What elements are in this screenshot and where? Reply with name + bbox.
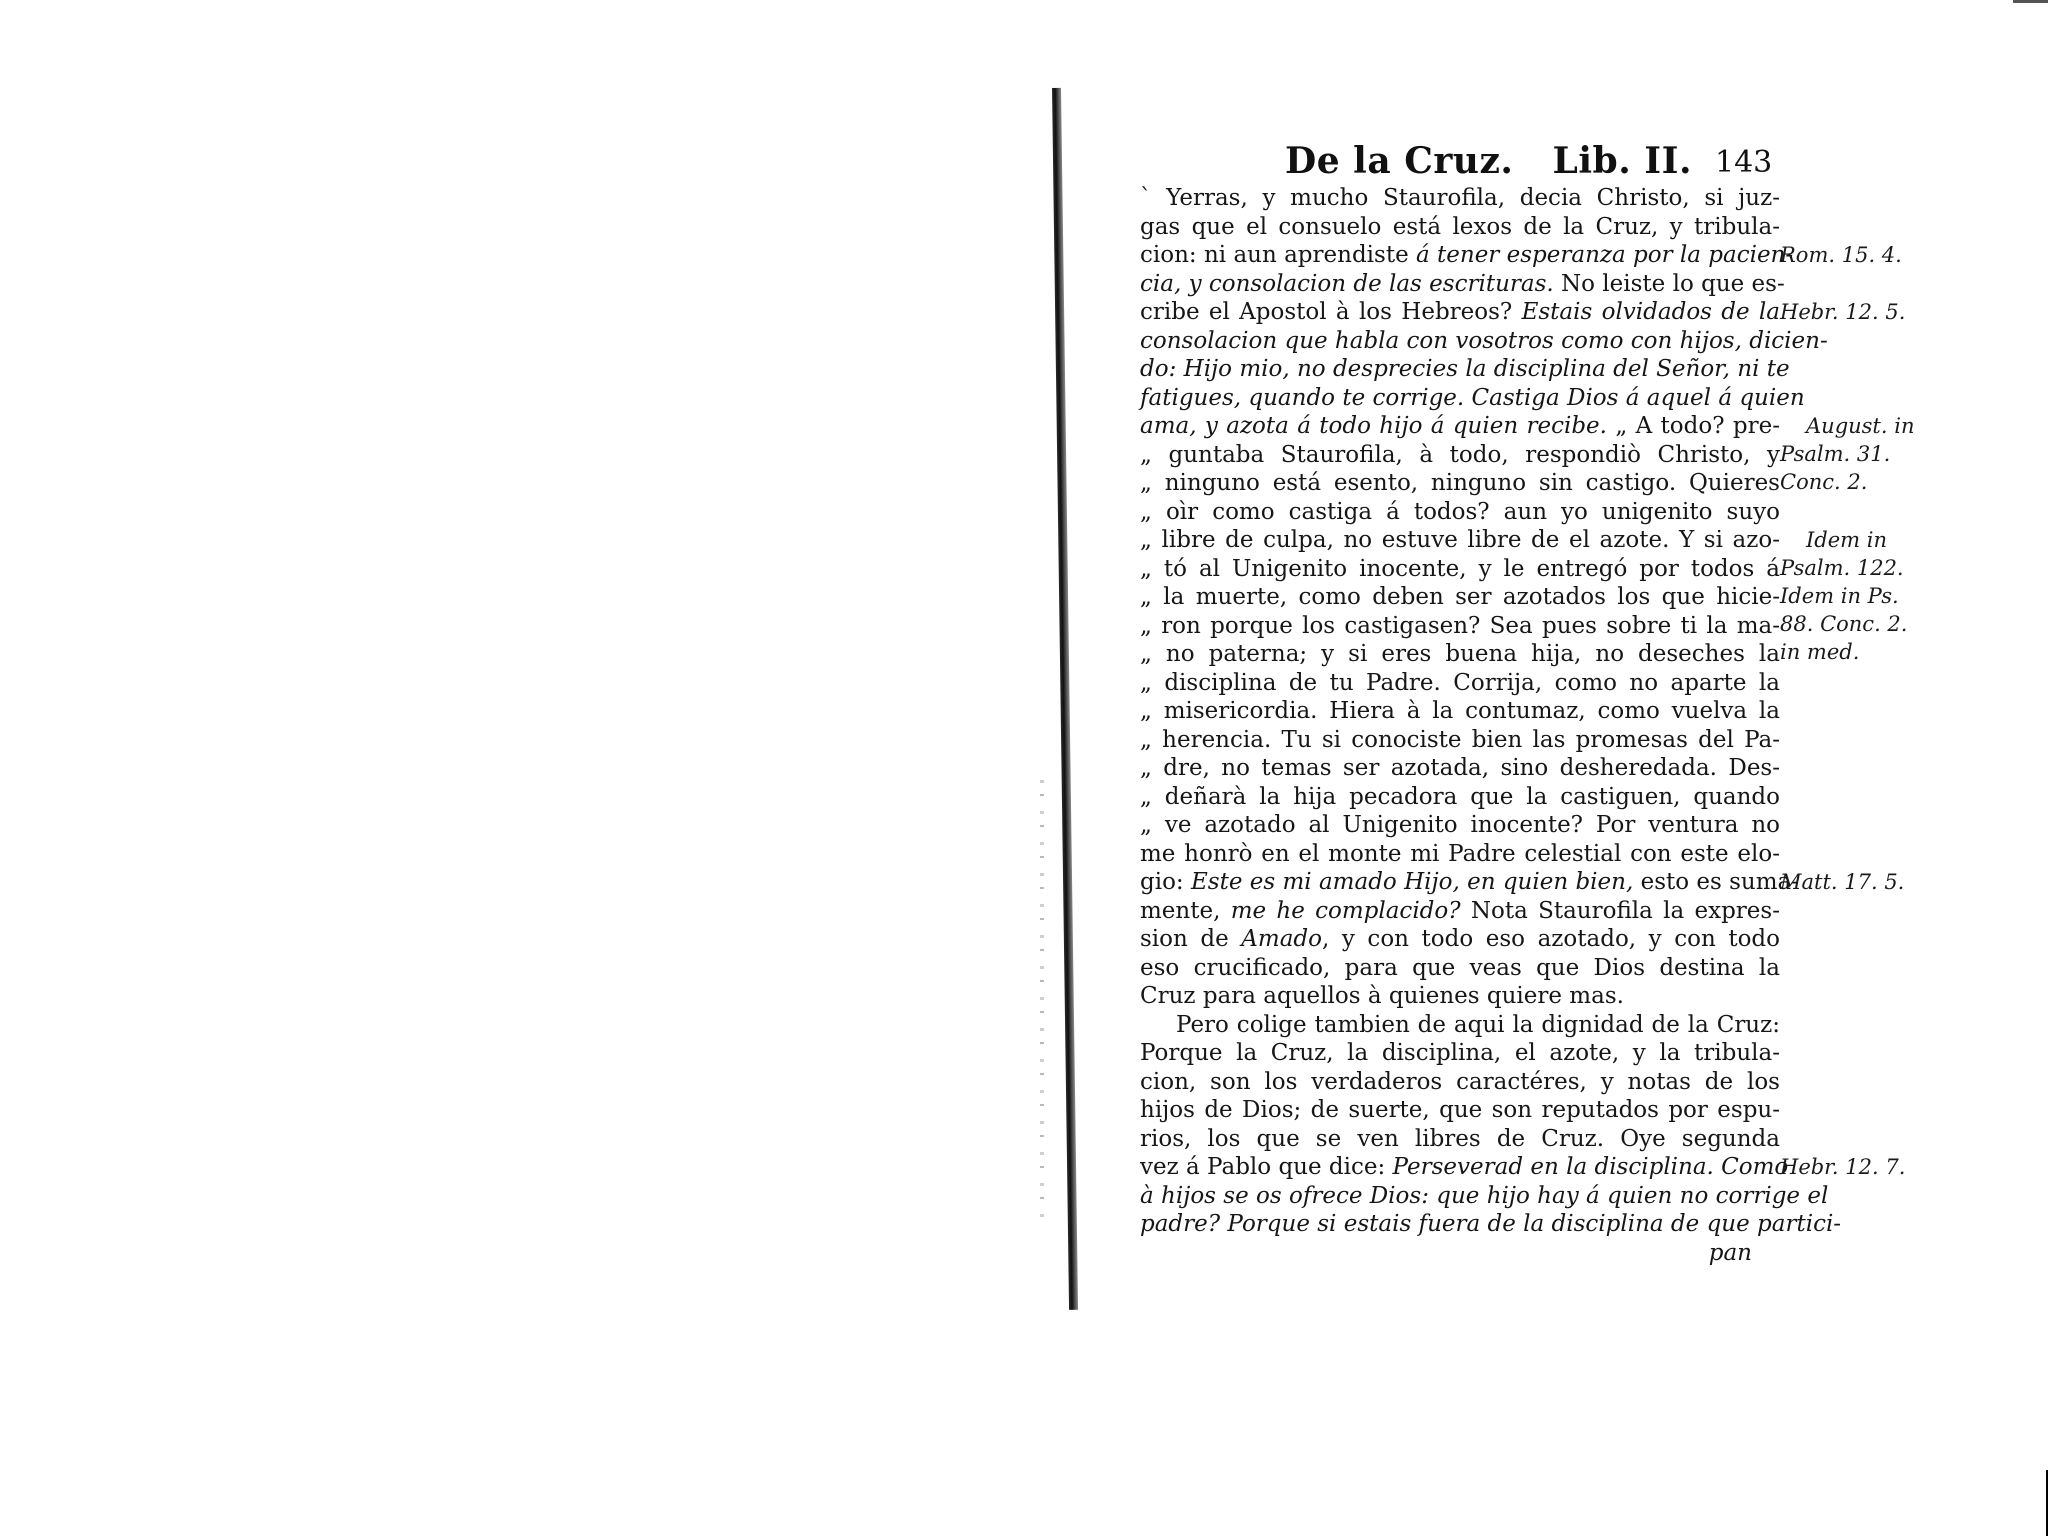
line-text: Nota Staurofila la expres- bbox=[1461, 898, 1780, 924]
margin-note-citation: August. in bbox=[1806, 412, 1914, 441]
text-line: „ deñarà la hija pecadora que la castigu… bbox=[1140, 783, 1780, 812]
line-text: rios, los que se ven libres de Cruz. Oye… bbox=[1140, 1126, 1780, 1152]
page-number: 143 bbox=[1715, 145, 1772, 180]
line-text: „ misericordia. Hiera à la contumaz, com… bbox=[1140, 698, 1780, 724]
line-text: hijos de Dios; de suerte, que son reputa… bbox=[1140, 1097, 1780, 1123]
italic-quote: me he complacido? bbox=[1231, 898, 1461, 924]
line-text: do: bbox=[1140, 356, 1184, 382]
line-text: „ disciplina de tu Padre. Corrija, como … bbox=[1140, 670, 1780, 696]
running-head: De la Cruz. Lib. II. 143 bbox=[1140, 140, 1780, 184]
text-line: sion de Amado, y con todo eso azotado, y… bbox=[1140, 925, 1780, 954]
margin-note-citation: in med. bbox=[1780, 638, 1859, 667]
line-text: „ la muerte, como deben ser azotados los… bbox=[1140, 584, 1780, 610]
italic-quote: fatigues, quando te corrige. bbox=[1140, 385, 1472, 411]
text-line: ama, y azota á todo hijo á quien recibe.… bbox=[1140, 412, 1780, 441]
line-text: „ ninguno está esento, ninguno sin casti… bbox=[1140, 470, 1780, 496]
text-line: cribe el Apostol à los Hebreos? Estais o… bbox=[1140, 298, 1780, 327]
text-line: me honrò en el monte mi Padre celestial … bbox=[1140, 840, 1780, 869]
text-line: padre? Porque si estais fuera de la disc… bbox=[1140, 1210, 1780, 1239]
text-line: „ dre, no temas ser azotada, sino desher… bbox=[1140, 754, 1780, 783]
line-text: sion de bbox=[1140, 926, 1241, 952]
text-line: consolacion que habla con vosotros como … bbox=[1140, 327, 1780, 356]
text-line: do: Hijo mio, no desprecies la disciplin… bbox=[1140, 355, 1780, 384]
text-line: gas que el consuelo está lexos de la Cru… bbox=[1140, 213, 1780, 242]
margin-note-citation: Conc. 2. bbox=[1780, 468, 1867, 497]
line-text: „ oìr como castiga á todos? aun yo unige… bbox=[1140, 499, 1780, 525]
text-line: hijos de Dios; de suerte, que son reputa… bbox=[1140, 1096, 1780, 1125]
text-line: „ la muerte, como deben ser azotados los… bbox=[1140, 583, 1780, 612]
line-text: gio: bbox=[1140, 869, 1191, 895]
italic-quote: padre? Porque si estais fuera de la disc… bbox=[1140, 1211, 1841, 1237]
margin-note-citation: Hebr. 12. 5. bbox=[1780, 298, 1905, 327]
catchword: pan bbox=[1140, 1239, 1780, 1268]
italic-quote: Hijo mio, no desprecies la disciplina de… bbox=[1184, 356, 1790, 382]
text-line: „ tó al Unigenito inocente, y le entregó… bbox=[1140, 555, 1780, 584]
italic-quote: Amado bbox=[1241, 926, 1322, 952]
text-line: ` Yerras, y mucho Staurofila, decia Chri… bbox=[1140, 184, 1780, 213]
text-line: Cruz para aquellos à quienes quiere mas. bbox=[1140, 982, 1780, 1011]
line-text: Cruz para aquellos à quienes quiere mas. bbox=[1140, 983, 1624, 1009]
line-text: „ ron porque los castigasen? Sea pues so… bbox=[1140, 613, 1780, 639]
line-text: No leiste lo que es- bbox=[1554, 271, 1785, 297]
line-text: esto es suma- bbox=[1633, 869, 1799, 895]
text-line: eso crucificado, para que veas que Dios … bbox=[1140, 954, 1780, 983]
text-line: cia, y consolacion de las escrituras. No… bbox=[1140, 270, 1780, 299]
italic-quote: Perseverad en la disciplina. Como bbox=[1393, 1154, 1789, 1180]
line-text: gas que el consuelo está lexos de la Cru… bbox=[1140, 214, 1780, 240]
margin-note-citation: Idem in Ps. bbox=[1780, 582, 1899, 611]
text-line: „ ron porque los castigasen? Sea pues so… bbox=[1140, 612, 1780, 641]
text-line: „ ninguno está esento, ninguno sin casti… bbox=[1140, 469, 1780, 498]
body-text: ` Yerras, y mucho Staurofila, decia Chri… bbox=[1140, 184, 1780, 1267]
line-text: mente, bbox=[1140, 898, 1231, 924]
line-text: „ deñarà la hija pecadora que la castigu… bbox=[1140, 784, 1780, 810]
line-text: „ dre, no temas ser azotada, sino desher… bbox=[1140, 755, 1780, 781]
line-text: , y con todo eso azotado, y con todo bbox=[1322, 926, 1780, 952]
text-line: „ herencia. Tu si conociste bien las pro… bbox=[1140, 726, 1780, 755]
line-text: Pero colige tambien de aqui la dignidad … bbox=[1176, 1012, 1780, 1038]
margin-note-citation: Psalm. 122. bbox=[1780, 554, 1904, 583]
text-line: „ guntaba Staurofila, à todo, respondiò … bbox=[1140, 441, 1780, 470]
line-text: eso crucificado, para que veas que Dios … bbox=[1140, 955, 1780, 981]
margin-note-citation: Matt. 17. 5. bbox=[1780, 868, 1904, 897]
text-line: vez á Pablo que dice: Perseverad en la d… bbox=[1140, 1153, 1780, 1182]
scanned-page: De la Cruz. Lib. II. 143 ` Yerras, y muc… bbox=[0, 0, 2048, 1536]
margin-note-citation: Rom. 15. 4. bbox=[1780, 241, 1902, 270]
text-line: à hijos se os ofrece Dios: que hijo hay … bbox=[1140, 1182, 1780, 1211]
line-text: ` Yerras, y mucho Staurofila, decia Chri… bbox=[1140, 185, 1780, 211]
line-text: vez á Pablo que dice: bbox=[1140, 1154, 1393, 1180]
text-line: mente, me he complacido? Nota Staurofila… bbox=[1140, 897, 1780, 926]
margin-note-citation: Idem in bbox=[1806, 526, 1887, 555]
text-line: cion: ni aun aprendiste á tener esperanz… bbox=[1140, 241, 1780, 270]
text-line: „ no paterna; y si eres buena hija, no d… bbox=[1140, 640, 1780, 669]
text-line: „ oìr como castiga á todos? aun yo unige… bbox=[1140, 498, 1780, 527]
scan-edge-top bbox=[2013, 0, 2048, 3]
text-line: „ ve azotado al Unigenito inocente? Por … bbox=[1140, 811, 1780, 840]
gutter-bleed-specks bbox=[1040, 780, 1044, 1220]
italic-quote: à hijos se os ofrece Dios: que hijo hay … bbox=[1140, 1183, 1828, 1209]
text-line: fatigues, quando te corrige. Castiga Dio… bbox=[1140, 384, 1780, 413]
line-text: Porque la Cruz, la disciplina, el azote,… bbox=[1140, 1040, 1780, 1066]
line-text: „ libre de culpa, no estuve libre de el … bbox=[1140, 527, 1780, 553]
italic-quote: Castiga Dios á aquel á quien bbox=[1472, 385, 1805, 411]
margin-note-citation: 88. Conc. 2. bbox=[1780, 610, 1907, 639]
text-line: cion, son los verdaderos caractéres, y n… bbox=[1140, 1068, 1780, 1097]
line-text: cion: ni aun aprendiste bbox=[1140, 242, 1416, 268]
line-text: „ tó al Unigenito inocente, y le entregó… bbox=[1140, 556, 1780, 582]
text-line: „ misericordia. Hiera à la contumaz, com… bbox=[1140, 697, 1780, 726]
book-page: De la Cruz. Lib. II. 143 ` Yerras, y muc… bbox=[1140, 140, 1920, 1267]
italic-quote: consolacion que habla con vosotros como … bbox=[1140, 328, 1828, 354]
paragraph-start-line: Pero colige tambien de aqui la dignidad … bbox=[1140, 1011, 1780, 1040]
catchword-text: pan bbox=[1709, 1240, 1752, 1266]
italic-quote: cia, y consolacion de las escrituras. bbox=[1140, 271, 1554, 297]
italic-quote: á tener esperanza por la pacien- bbox=[1416, 242, 1793, 268]
line-text: me honrò en el monte mi Padre celestial … bbox=[1140, 841, 1780, 867]
running-title: De la Cruz. Lib. II. bbox=[1285, 140, 1692, 182]
italic-quote: ama, y azota á todo hijo á quien recibe. bbox=[1140, 413, 1607, 439]
book-gutter-line bbox=[1052, 88, 1078, 1310]
italic-quote: Este es mi amado Hijo, en quien bien, bbox=[1191, 869, 1633, 895]
line-text: „ guntaba Staurofila, à todo, respondiò … bbox=[1140, 442, 1780, 468]
margin-note-citation: Psalm. 31. bbox=[1780, 440, 1890, 469]
text-line: Porque la Cruz, la disciplina, el azote,… bbox=[1140, 1039, 1780, 1068]
margin-note-citation: Hebr. 12. 7. bbox=[1780, 1153, 1905, 1182]
text-line: rios, los que se ven libres de Cruz. Oye… bbox=[1140, 1125, 1780, 1154]
line-text: „ no paterna; y si eres buena hija, no d… bbox=[1140, 641, 1780, 667]
line-text: „ A todo? pre- bbox=[1607, 413, 1780, 439]
text-line: „ disciplina de tu Padre. Corrija, como … bbox=[1140, 669, 1780, 698]
line-text: cribe el Apostol à los Hebreos? bbox=[1140, 299, 1522, 325]
italic-quote: Estais olvidados de la bbox=[1522, 299, 1780, 325]
line-text: „ herencia. Tu si conociste bien las pro… bbox=[1140, 727, 1780, 753]
text-line: „ libre de culpa, no estuve libre de el … bbox=[1140, 526, 1780, 555]
text-line: gio: Este es mi amado Hijo, en quien bie… bbox=[1140, 868, 1780, 897]
line-text: cion, son los verdaderos caractéres, y n… bbox=[1140, 1069, 1780, 1095]
line-text: „ ve azotado al Unigenito inocente? Por … bbox=[1140, 812, 1780, 838]
